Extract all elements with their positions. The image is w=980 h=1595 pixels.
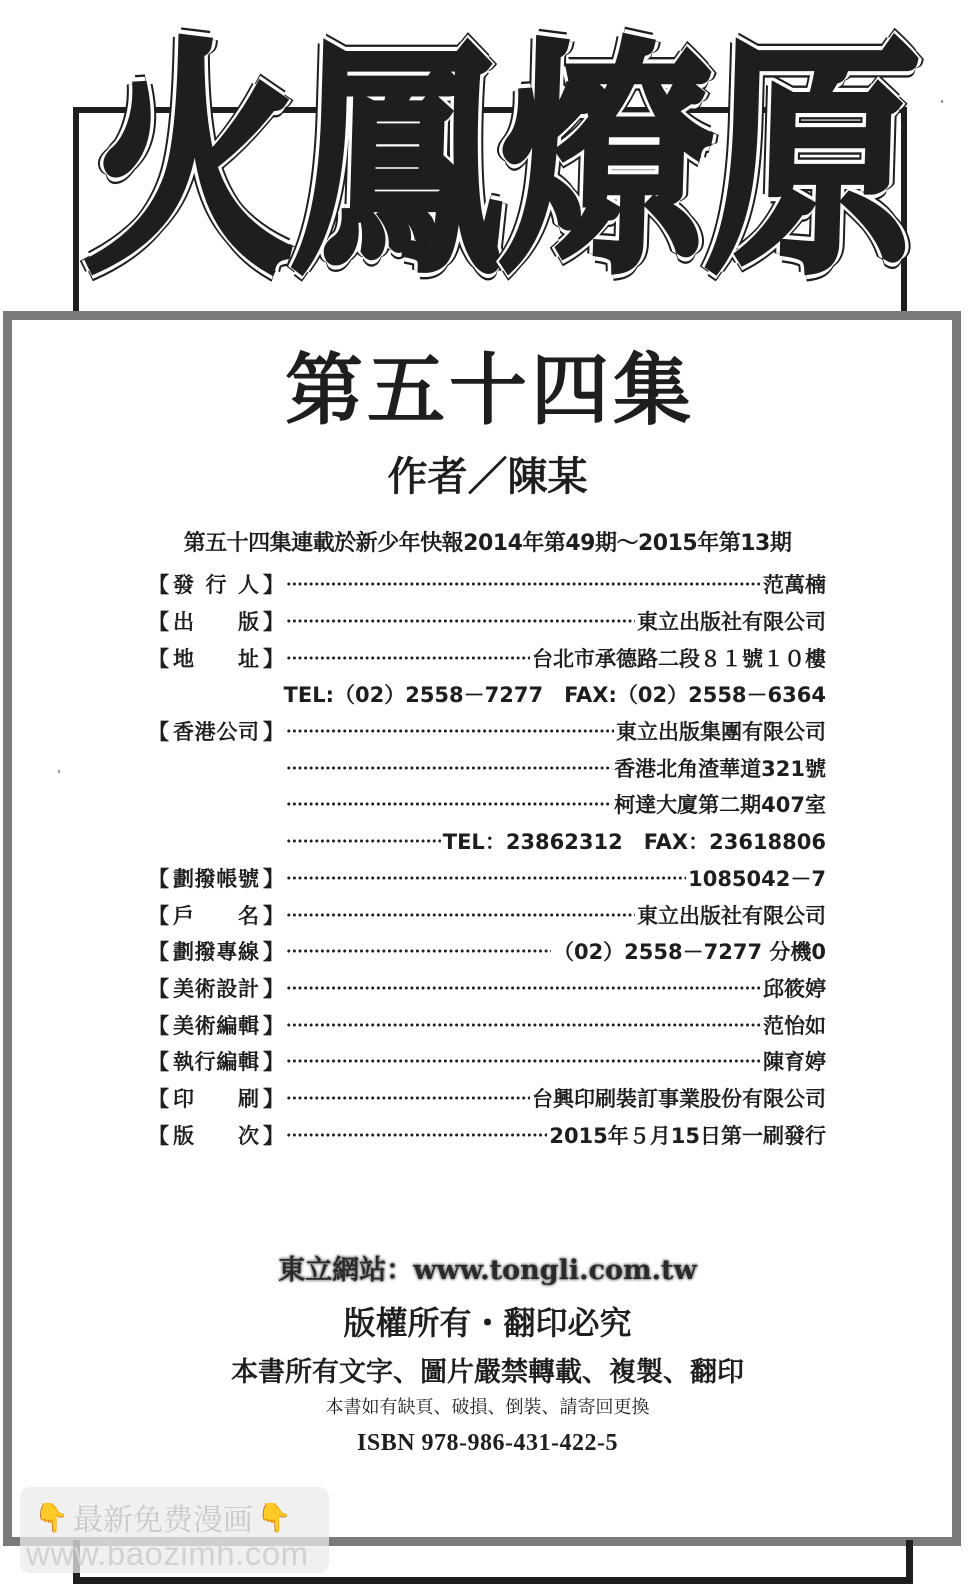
watermark-url: www.baozimh.com (26, 1535, 309, 1573)
credit-value: 范萬楠 (763, 569, 826, 599)
credit-label-char: 輯 (238, 1010, 259, 1040)
credit-value: 東立出版集團有限公司 (616, 716, 826, 746)
series-title-char: 火 (83, 39, 295, 287)
bracket-close: 】 (263, 936, 284, 966)
credit-value: 東立出版社有限公司 (637, 606, 826, 636)
credit-label-char: 術 (195, 973, 216, 1003)
credit-label-char: 編 (216, 1010, 237, 1040)
dot-leader (286, 1022, 761, 1028)
credit-label: 【劃撥專線】 (148, 936, 284, 966)
credit-row: 香港北角渣華道321號 (148, 749, 826, 786)
dot-leader (286, 1095, 530, 1101)
credit-row: TEL:（02）2558－7277 FAX:（02）2558－6364 (148, 676, 826, 713)
credit-row: 【劃撥帳號】1085042－7 (148, 860, 826, 897)
watermark: 👇 最新免费漫画 👇 www.baozimh.com (20, 1487, 329, 1573)
bracket-open: 【 (148, 973, 169, 1003)
credit-value: 邱筱婷 (763, 973, 826, 1003)
credit-label-text: 香港公司 (169, 716, 263, 746)
credit-row: TEL：23862312 FAX：23618806 (148, 823, 826, 860)
serialization-note: 第五十四集連載於新少年快報2014年第49期～2015年第13期 (0, 533, 975, 555)
credit-label-char: 專 (216, 936, 237, 966)
credit-value: （02）2558－7277 分機0 (553, 936, 826, 966)
credit-label-char: 設 (216, 973, 237, 1003)
credit-label-char: 次 (238, 1120, 259, 1150)
copyright-notice: 版權所有・翻印必究 (0, 1298, 975, 1344)
credit-label-text: 劃撥專線 (169, 936, 263, 966)
dot-leader (286, 801, 612, 807)
credit-label-char: 公 (216, 716, 237, 746)
credit-row: 【版次】2015年５月15日第一刷發行 (148, 1116, 826, 1153)
credit-label-char: 出 (173, 606, 194, 636)
bracket-close: 】 (263, 900, 284, 930)
credit-value: TEL:（02）2558－7277 FAX:（02）2558－6364 (284, 679, 826, 709)
credit-value: 台北市承德路二段８１號１０樓 (532, 643, 826, 673)
credit-label-char: 址 (238, 643, 259, 673)
credit-value: 香港北角渣華道321號 (614, 753, 826, 783)
bracket-open: 【 (148, 569, 169, 599)
credit-label-char: 香 (173, 716, 194, 746)
bracket-open: 【 (148, 900, 169, 930)
bracket-close: 】 (263, 1010, 284, 1040)
credit-label: 【發行人】 (148, 569, 284, 599)
watermark-line1: 👇 最新免费漫画 👇 (34, 1495, 292, 1539)
credit-label-text: 執行編輯 (169, 1046, 263, 1076)
pointing-down-hand-icon: 👇 (257, 1501, 292, 1534)
credit-label: 【劃撥帳號】 (148, 863, 284, 893)
dot-leader (286, 728, 614, 734)
bracket-open: 【 (148, 863, 169, 893)
dot-leader (286, 875, 686, 881)
credit-label-text: 版次 (169, 1120, 263, 1150)
credit-row: 【發行人】范萬楠 (148, 566, 826, 603)
credit-label-text: 印刷 (169, 1083, 263, 1113)
credit-label-char: 劃 (173, 936, 194, 966)
credit-row: 柯達大廈第二期407室 (148, 786, 826, 823)
credit-label: 【印刷】 (148, 1083, 284, 1113)
credit-label: 【戶名】 (148, 900, 284, 930)
credit-label: 【出版】 (148, 606, 284, 636)
credit-label: 【執行編輯】 (148, 1046, 284, 1076)
dot-leader (286, 912, 635, 918)
credit-row: 【執行編輯】陳育婷 (148, 1043, 826, 1080)
credit-label-text: 美術設計 (169, 973, 263, 1003)
credit-label-text: 地址 (169, 643, 263, 673)
bracket-open: 【 (148, 643, 169, 673)
volume-title: 第五十四集 (0, 352, 980, 430)
credit-label-char: 版 (173, 1120, 194, 1150)
scan-speck (941, 100, 943, 103)
author-line: 作者／陳某 (0, 457, 975, 497)
credit-label-char: 名 (238, 900, 259, 930)
credit-label-char: 撥 (195, 863, 216, 893)
bracket-close: 】 (263, 606, 284, 636)
credit-label-char: 編 (216, 1046, 237, 1076)
credit-label-char: 執 (173, 1046, 194, 1076)
credit-label: 【美術設計】 (148, 973, 284, 1003)
replacement-notice: 本書如有缺頁、破損、倒裝、請寄回更換 (0, 1393, 975, 1419)
credits-list: 【發行人】范萬楠【出版】東立出版社有限公司【地址】台北市承德路二段８１號１０樓T… (148, 566, 826, 1153)
credit-label-text: 發行人 (169, 569, 263, 599)
bracket-close: 】 (263, 973, 284, 1003)
credit-value: 陳育婷 (763, 1046, 826, 1076)
bracket-close: 】 (263, 863, 284, 893)
credit-value: 1085042－7 (688, 863, 826, 893)
credit-label: 【地址】 (148, 643, 284, 673)
bracket-open: 【 (148, 1046, 169, 1076)
credit-label-char: 帳 (216, 863, 237, 893)
series-title-char: 燎 (497, 39, 709, 287)
bracket-close: 】 (263, 1120, 284, 1150)
series-title-char: 鳳 (290, 39, 502, 287)
credit-label-char: 港 (195, 716, 216, 746)
bracket-open: 【 (148, 1010, 169, 1040)
credit-label-char: 版 (238, 606, 259, 636)
credit-label-char: 人 (238, 569, 259, 599)
bracket-open: 【 (148, 1083, 169, 1113)
credit-label-char: 術 (195, 1010, 216, 1040)
credit-label: 【美術編輯】 (148, 1010, 284, 1040)
dot-leader (286, 948, 551, 954)
reproduction-notice: 本書所有文字、圖片嚴禁轉載、複製、翻印 (0, 1350, 975, 1389)
bracket-open: 【 (148, 716, 169, 746)
credit-label: 【版次】 (148, 1120, 284, 1150)
credit-label-text: 劃撥帳號 (169, 863, 263, 893)
pointing-down-hand-icon: 👇 (34, 1501, 69, 1534)
credit-row: 【香港公司】東立出版集團有限公司 (148, 713, 826, 750)
series-title: 火 鳳 燎 原 (60, 8, 940, 318)
credit-label-char: 地 (173, 643, 194, 673)
credit-label-char: 美 (173, 1010, 194, 1040)
credit-label-char: 印 (173, 1083, 194, 1113)
series-title-char: 原 (704, 39, 916, 287)
credit-row: 【劃撥專線】（02）2558－7277 分機0 (148, 933, 826, 970)
dot-leader (286, 765, 612, 771)
credit-label-char: 發 (173, 569, 194, 599)
bracket-close: 】 (263, 1046, 284, 1076)
dot-leader (286, 618, 635, 624)
credit-value: 2015年５月15日第一刷發行 (549, 1120, 826, 1150)
credit-label-char: 線 (238, 936, 259, 966)
credit-label-char: 戶 (173, 900, 194, 930)
credit-label-char: 司 (238, 716, 259, 746)
dot-leader (286, 581, 761, 587)
credit-row: 【美術編輯】范怡如 (148, 1006, 826, 1043)
credit-value: TEL：23862312 FAX：23618806 (443, 826, 826, 856)
dot-leader (286, 838, 441, 844)
credit-label-char: 號 (238, 863, 259, 893)
credit-label-text: 出版 (169, 606, 263, 636)
credit-value: 台興印刷裝訂事業股份有限公司 (532, 1083, 826, 1113)
credit-label-text: 戶名 (169, 900, 263, 930)
bracket-close: 】 (263, 643, 284, 673)
credit-label-char: 劃 (173, 863, 194, 893)
credit-label-char: 撥 (195, 936, 216, 966)
dot-leader (286, 655, 530, 661)
dot-leader (286, 1058, 761, 1064)
scan-speck (58, 770, 60, 773)
bracket-open: 【 (148, 1120, 169, 1150)
bracket-close: 】 (263, 1083, 284, 1113)
credit-label-char: 行 (195, 1046, 216, 1076)
credit-label-char: 輯 (238, 1046, 259, 1076)
credit-label-char: 行 (206, 569, 227, 599)
bracket-open: 【 (148, 936, 169, 966)
credit-label-char: 刷 (238, 1083, 259, 1113)
isbn: ISBN 978-986-431-422-5 (0, 1430, 975, 1457)
bracket-open: 【 (148, 606, 169, 636)
credit-row: 【美術設計】邱筱婷 (148, 970, 826, 1007)
credit-row: 【出版】東立出版社有限公司 (148, 603, 826, 640)
website-line: 東立網站：www.tongli.com.tw (0, 1248, 975, 1287)
bracket-close: 】 (263, 569, 284, 599)
dot-leader (286, 1132, 547, 1138)
credit-row: 【印刷】台興印刷裝訂事業股份有限公司 (148, 1080, 826, 1117)
watermark-text: 最新免费漫画 (73, 1495, 253, 1539)
credit-label-char: 計 (238, 973, 259, 1003)
credit-value: 柯達大廈第二期407室 (614, 789, 826, 819)
credit-label-text: 美術編輯 (169, 1010, 263, 1040)
bracket-close: 】 (263, 716, 284, 746)
credit-label-char: 美 (173, 973, 194, 1003)
credit-value: 范怡如 (763, 1010, 826, 1040)
credit-value: 東立出版社有限公司 (637, 900, 826, 930)
dot-leader (286, 985, 761, 991)
credit-row: 【戶名】東立出版社有限公司 (148, 896, 826, 933)
credit-row: 【地址】台北市承德路二段８１號１０樓 (148, 639, 826, 676)
credit-label: 【香港公司】 (148, 716, 284, 746)
